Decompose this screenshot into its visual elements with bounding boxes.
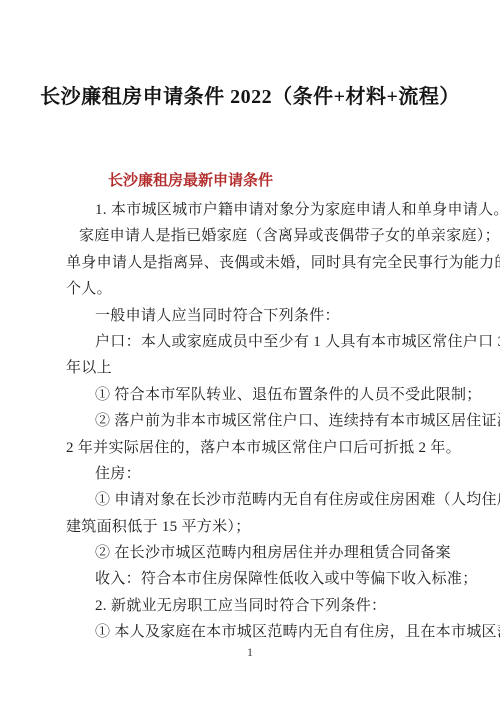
body-line: 单身申请人是指离异、丧偶或未婚，同时具有完全民事行为能力的 bbox=[66, 250, 440, 276]
body-line: 建筑面积低于 15 平方米）； bbox=[66, 514, 440, 540]
body-line: ② 在长沙市城区范畴内租房居住并办理租赁合同备案 bbox=[66, 540, 440, 566]
body-line: ② 落户前为非本市城区常住户口、连续持有本市城区居住证满 bbox=[66, 408, 440, 434]
body-line: ① 符合本市军队转业、退伍布置条件的人员不受此限制； bbox=[66, 382, 440, 408]
body-line: 1. 本市城区城市户籍申请对象分为家庭申请人和单身申请人。 bbox=[66, 197, 440, 223]
body-line: 2 年并实际居住的，落户本市城区常住户口后可折抵 2 年。 bbox=[66, 435, 440, 461]
body-text: 1. 本市城区城市户籍申请对象分为家庭申请人和单身申请人。家庭申请人是指已婚家庭… bbox=[66, 197, 440, 646]
body-line: 年以上 bbox=[66, 355, 440, 381]
body-line: 住房： bbox=[66, 461, 440, 487]
body-line: 户口：本人或家庭成员中至少有 1 人具有本市城区常住户口 3 bbox=[66, 329, 440, 355]
document-page: 长沙廉租房申请条件 2022（条件+材料+流程） 长沙廉租房最新申请条件 1. … bbox=[0, 0, 500, 707]
document-title: 长沙廉租房申请条件 2022（条件+材料+流程） bbox=[0, 80, 500, 109]
body-line: 个人。 bbox=[66, 276, 440, 302]
body-line: 2. 新就业无房职工应当同时符合下列条件： bbox=[66, 593, 440, 619]
body-line: 家庭申请人是指已婚家庭（含离异或丧偶带子女的单亲家庭）； bbox=[66, 223, 440, 249]
section-heading: 长沙廉租房最新申请条件 bbox=[66, 169, 273, 190]
page-number: 1 bbox=[0, 645, 500, 660]
body-line: ① 申请对象在长沙市范畴内无自有住房或住房困难（人均住房 bbox=[66, 487, 440, 513]
body-line: 收入：符合本市住房保障性低收入或中等偏下收入标准； bbox=[66, 566, 440, 592]
body-line: ① 本人及家庭在本市城区范畴内无自有住房，且在本市城区范 bbox=[66, 619, 440, 645]
body-line: 一般申请人应当同时符合下列条件： bbox=[66, 303, 440, 329]
